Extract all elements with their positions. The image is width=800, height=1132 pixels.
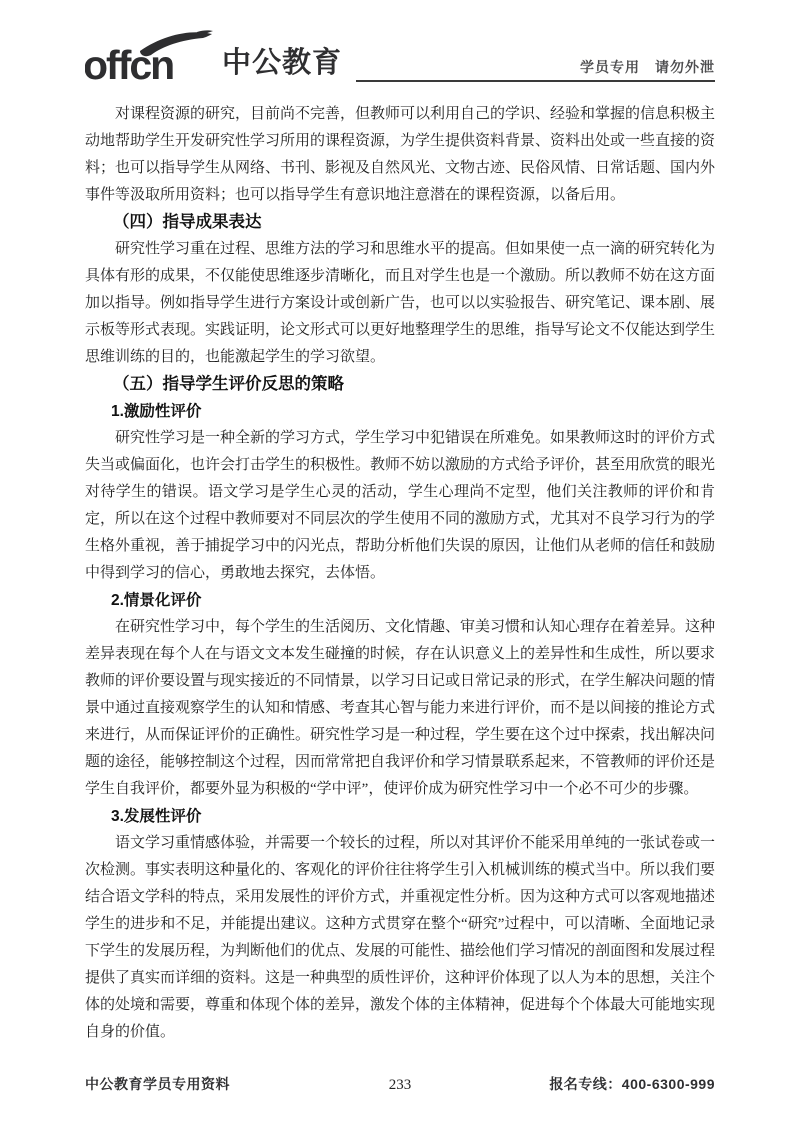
section-heading-4: （四）指导成果表达 [85,209,715,236]
subheading-developmental-evaluation: 3.发展性评价 [85,803,715,830]
paragraph-situational-evaluation: 在研究性学习中，每个学生的生活阅历、文化情趣、审美习惯和认知心理存在着差异。这种… [85,614,715,803]
confidential-notice: 学员专用 请勿外泄 [580,60,715,80]
logo-cjk-text: 中公教育 [222,49,342,82]
page-number: 233 [389,1077,412,1094]
paragraph-incentive-evaluation: 研究性学习是一种全新的学习方式，学生学习中犯错误在所难免。如果教师这时的评价方式… [85,425,715,587]
document-body: 对课程资源的研究，目前尚不完善，但教师可以利用自己的学识、经验和掌握的信息积极主… [85,101,715,1046]
offcn-logo: offcn 中公教育 [85,30,342,82]
footer-hotline: 报名专线：400-6300-999 [411,1074,715,1094]
paragraph-result-expression: 研究性学习重在过程、思维方法的学习和思维水平的提高。但如果使一点一滴的研究转化为… [85,236,715,371]
document-page: offcn 中公教育 学员专用 请勿外泄 对课程资源的研究，目前尚不完善，但教师… [0,0,800,1132]
paragraph-course-resources: 对课程资源的研究，目前尚不完善，但教师可以利用自己的学识、经验和掌握的信息积极主… [85,101,715,209]
offcn-logo-icon: offcn [85,30,213,82]
section-heading-5: （五）指导学生评价反思的策略 [85,371,715,398]
page-header: offcn 中公教育 学员专用 请勿外泄 [85,30,715,82]
subheading-incentive-evaluation: 1.激励性评价 [85,398,715,425]
footer-material-label: 中公教育学员专用资料 [85,1074,389,1094]
paragraph-developmental-evaluation: 语文学习重情感体验，并需要一个较长的过程，所以对其评价不能采用单纯的一张试卷或一… [85,830,715,1046]
subheading-situational-evaluation: 2.情景化评价 [85,587,715,614]
logo-latin-text: offcn [85,42,173,82]
page-footer: 中公教育学员专用资料 233 报名专线：400-6300-999 [85,1074,715,1094]
header-rule: 学员专用 请勿外泄 [356,30,715,82]
